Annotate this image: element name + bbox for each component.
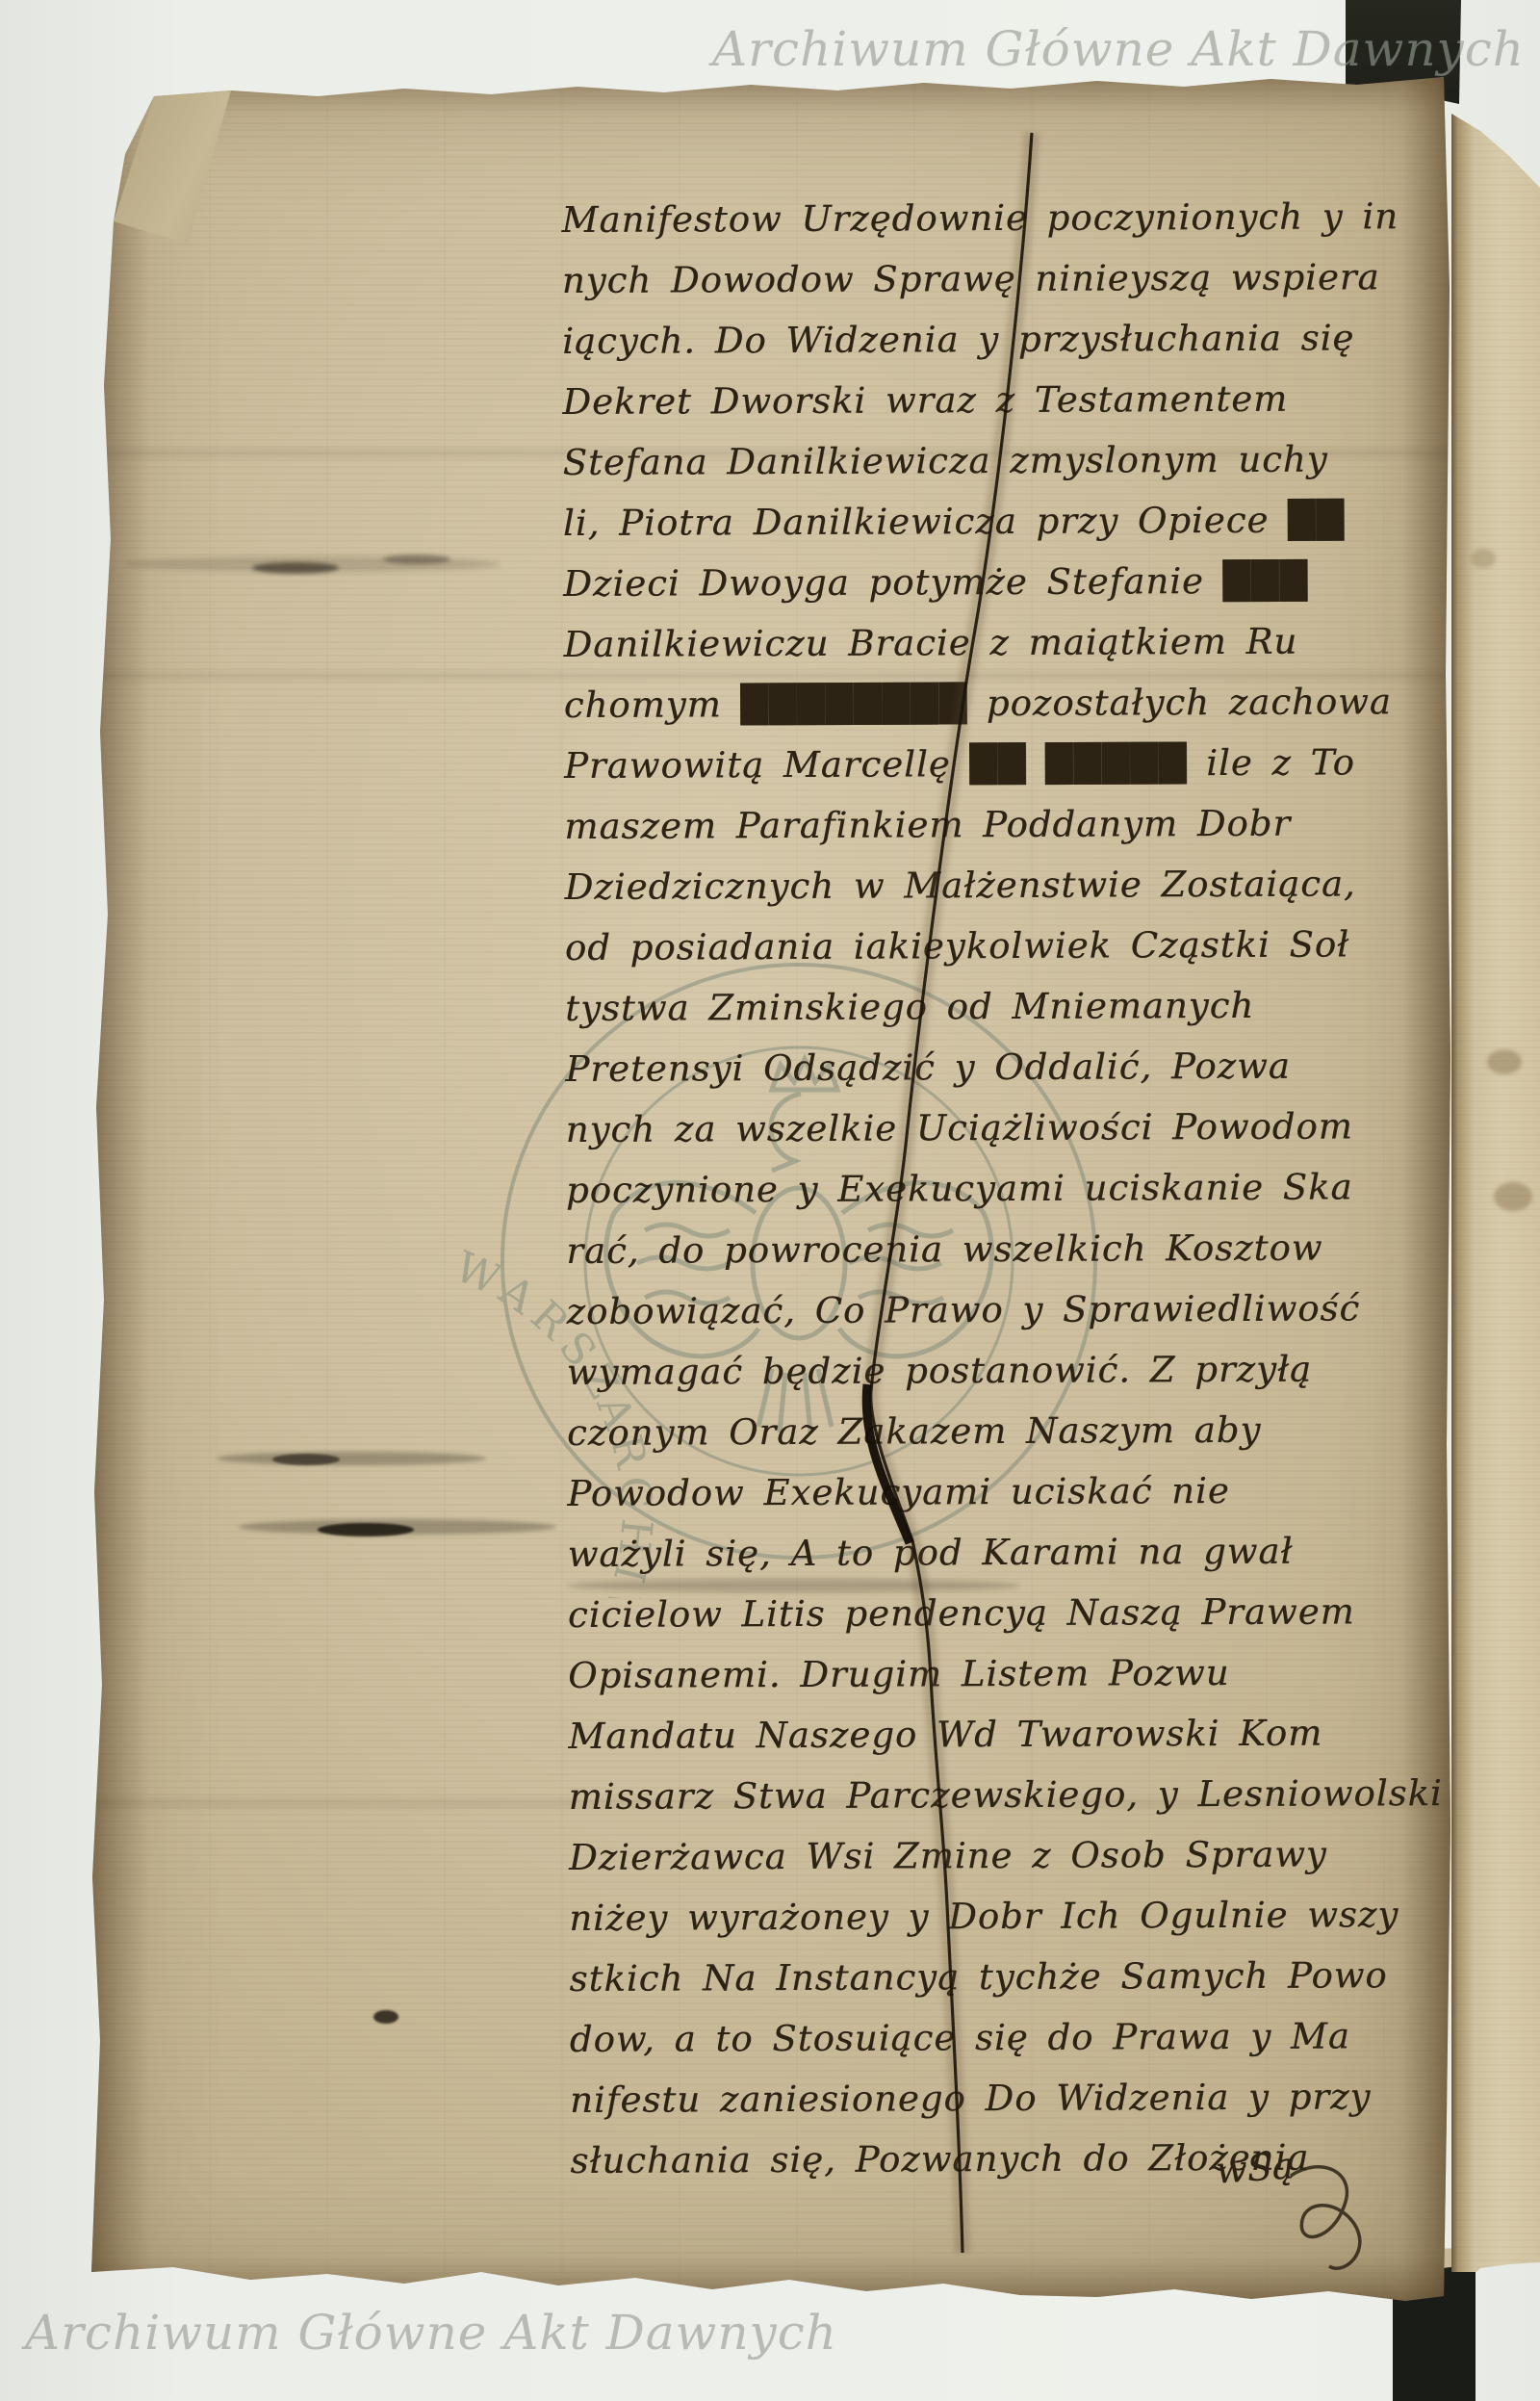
ink-smudge [568, 1579, 1020, 1592]
ink-smudge [318, 1523, 414, 1536]
ink-spot [373, 2010, 398, 2024]
ink-smudge [252, 562, 339, 574]
paper-stain [1471, 549, 1496, 568]
adjacent-page-edge [1451, 96, 1540, 2272]
watermark-top-text: Archiwum Główne Akt Dawnych [712, 21, 1525, 77]
ink-smudge [217, 1452, 486, 1465]
ink-smudge [272, 1454, 340, 1465]
watermark-bottom-text: Archiwum Główne Akt Dawnych [25, 2305, 837, 2361]
archive-scan-canvas: Archiwum Główne Akt Dawnych Archiwum Głó… [0, 0, 1540, 2401]
fold-crease-line [91, 75, 1451, 2301]
manuscript-page: ARCHIWUM · GŁÓWNE · AKT · DAWNYCH · W · … [91, 75, 1451, 2301]
paper-stain [1494, 1182, 1532, 1211]
ink-smudge [383, 555, 450, 564]
paper-stain [1487, 1049, 1522, 1074]
